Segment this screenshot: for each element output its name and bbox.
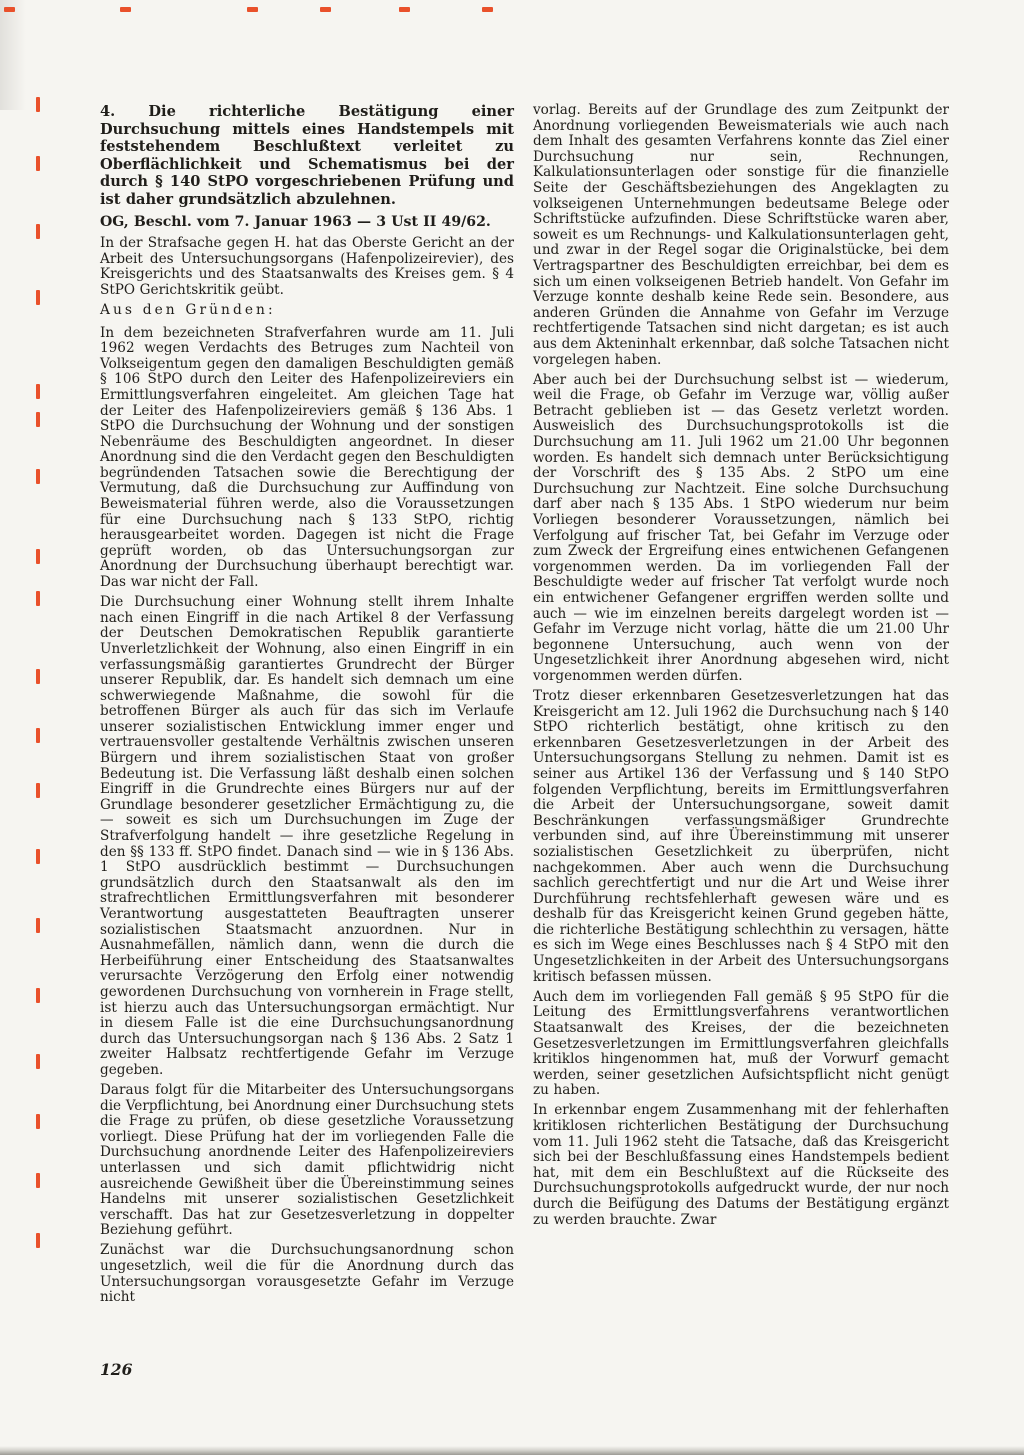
edge-mark [36,669,40,684]
paragraph: Zunächst war die Durchsuchungsanordnung … [100,1243,514,1305]
case-citation: OG, Beschl. vom 7. Januar 1963 — 3 Ust I… [100,214,514,232]
edge-mark [36,1233,40,1248]
edge-mark [247,7,258,12]
edge-mark [36,469,40,484]
paragraph: Aber auch bei der Durchsuchung selbst is… [533,373,949,685]
paragraph: In dem bezeichneten Strafverfahren wurde… [100,326,514,591]
paragraph: Die Durchsuchung einer Wohnung stellt ih… [100,595,514,1078]
edge-mark [36,1173,40,1188]
scanned-document-page: { "colors": { "paper": "#f6f5f1", "ink":… [0,0,1024,1455]
edge-mark [36,918,40,933]
edge-mark [36,988,40,1003]
scan-edge-smudge [0,0,26,110]
paragraph: In erkennbar engem Zusammenhang mit der … [533,1103,949,1228]
edge-mark [36,224,40,239]
edge-mark [482,7,493,12]
scan-edge-bottom [0,1446,1024,1455]
edge-mark [399,7,410,12]
paragraph: vorlag. Bereits auf der Grundlage des zu… [533,103,949,368]
paragraph: Daraus folgt für die Mitarbeiter des Unt… [100,1083,514,1239]
edge-mark [36,156,40,171]
edge-mark [320,7,331,12]
headnote: 4. Die richterliche Bestätigung einer Du… [100,103,514,209]
edge-mark [4,7,15,12]
edge-mark [36,1114,40,1129]
text-column-right: vorlag. Bereits auf der Grundlage des zu… [533,103,949,1228]
edge-mark [36,412,40,427]
reasons-heading: Aus den Gründen: [100,303,514,319]
edge-mark [36,1054,40,1069]
text-column-left: 4. Die richterliche Bestätigung einer Du… [100,103,514,1306]
edge-mark [36,97,40,112]
edge-mark [36,728,40,743]
page-number: 126 [100,1360,132,1379]
page-sheet: 4. Die richterliche Bestätigung einer Du… [0,0,1024,1455]
paragraph: Auch dem im vorliegenden Fall gemäß § 95… [533,990,949,1099]
edge-mark [36,591,40,606]
edge-mark [36,783,40,798]
case-intro: In der Strafsache gegen H. hat das Obers… [100,236,514,298]
edge-mark [120,7,131,12]
edge-mark [36,849,40,864]
edge-mark [36,549,40,564]
edge-mark [36,290,40,305]
paragraph: Trotz dieser erkennbaren Gesetzesverletz… [533,689,949,985]
edge-mark [36,384,40,399]
